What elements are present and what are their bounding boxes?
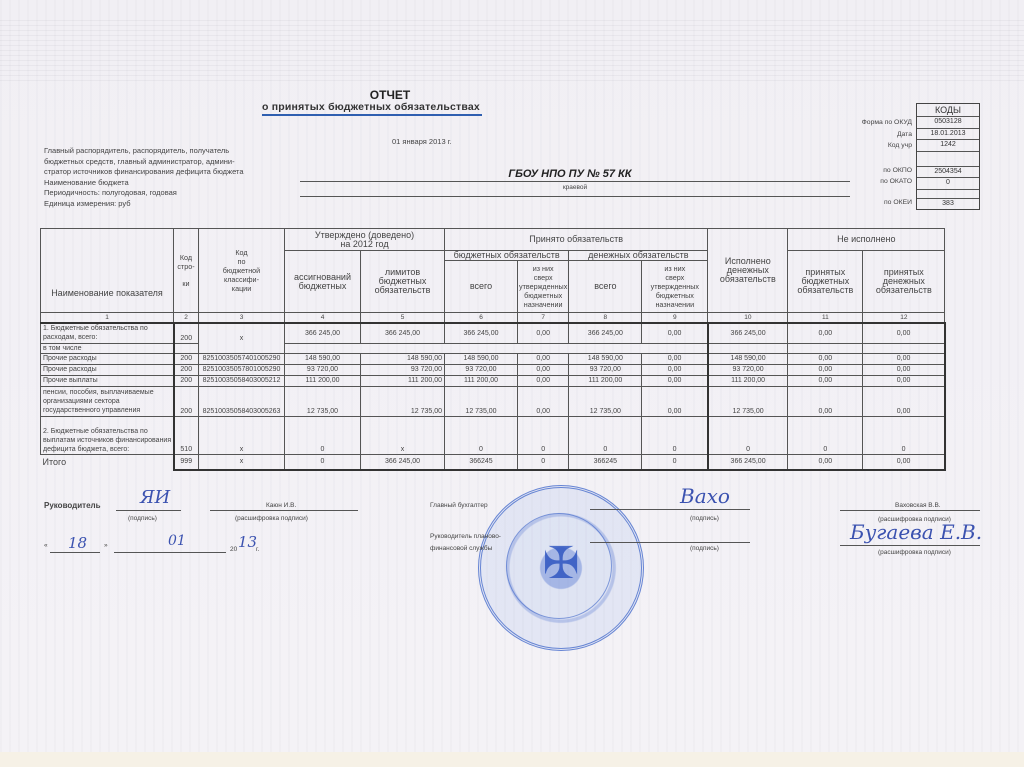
cell: 148 590,00 xyxy=(569,353,642,364)
desc-line: стратор источников финансирования дефици… xyxy=(44,167,304,178)
cell: 93 720,00 xyxy=(361,364,445,375)
cell: 148 590,00 xyxy=(285,353,361,364)
hdr-part: обязательств xyxy=(789,286,861,295)
cell: 0,00 xyxy=(863,454,945,470)
cell: 0 xyxy=(518,416,569,454)
head-name: Каюн И.В. xyxy=(266,502,296,509)
organization-name: ГБОУ НПО ПУ № 57 КК xyxy=(300,168,840,180)
code-gap xyxy=(830,152,912,165)
obligations-table: Наименование показателя Код стро- ки Код… xyxy=(40,228,946,471)
hdr-part: классифи- xyxy=(200,275,283,284)
row-kbk: 82510035057401005290 xyxy=(199,353,285,364)
cell: 111 200,00 xyxy=(445,375,518,386)
code-date: 18.01.2013 xyxy=(917,128,979,140)
code-okpo: 2504354 xyxy=(917,166,979,178)
hdr-part: из них xyxy=(643,264,706,273)
chief-accountant-sign-caption: (подпись) xyxy=(690,515,719,522)
table-row: Прочие расходы 200 82510035057401005290 … xyxy=(41,353,945,364)
cell: 0,00 xyxy=(863,375,945,386)
code-okud: 0503128 xyxy=(917,116,979,128)
cell: 0,00 xyxy=(642,353,708,364)
table-row: 1. Бюджетные обязательства по расходам, … xyxy=(41,323,945,343)
date-month: 01 xyxy=(168,533,186,549)
total-row: Итого 999 x 0 366 245,00 366245 0 366245… xyxy=(41,454,945,470)
code-label: Форма по ОКУД xyxy=(830,117,912,129)
cell: 0,00 xyxy=(788,386,863,416)
cell: 12 735,00 xyxy=(708,386,788,416)
fin-head-label-1: Руководитель планово- xyxy=(430,533,501,540)
hdr-part: Код xyxy=(175,253,197,262)
code-label: по ОКАТО xyxy=(830,176,912,188)
row-code: 510 xyxy=(174,416,199,454)
cell: 12 735,00 xyxy=(445,386,518,416)
report-description: Главный распорядитель, распорядитель, по… xyxy=(44,146,304,209)
code-okato: 0 xyxy=(917,177,979,189)
code-label: Код учр xyxy=(830,140,912,152)
cell: 111 200,00 xyxy=(361,375,445,386)
code-gap xyxy=(830,188,912,197)
cell: x xyxy=(361,416,445,454)
scan-noise xyxy=(0,20,1024,85)
code-okei: 383 xyxy=(917,198,979,210)
hdr-part: утвержденных xyxy=(643,282,706,291)
cell: 148 590,00 xyxy=(708,353,788,364)
row-kbk: x xyxy=(199,323,285,353)
budget-underline xyxy=(300,196,850,197)
chief-accountant-name: Ваховская В.В. xyxy=(895,502,941,509)
header-line-code: Код стро- ки xyxy=(174,229,199,313)
row-kbk: 82510035057801005290 xyxy=(199,364,285,375)
cell: 148 590,00 xyxy=(445,353,518,364)
hdr-part: стро- xyxy=(175,262,197,271)
col-num: 8 xyxy=(569,313,642,324)
head-decode-caption: (расшифровка подписи) xyxy=(235,515,308,522)
fin-head-label-2: финансовой службы xyxy=(430,545,492,552)
fin-head-name-line xyxy=(840,545,980,546)
row-code: 200 xyxy=(174,386,199,416)
table-row: 2. Бюджетные обязательства по выплатам и… xyxy=(41,416,945,454)
date-quote: » xyxy=(104,542,108,549)
row-name: пенсии, пособия, выплачиваемые организац… xyxy=(41,386,174,416)
cell: 12 735,00 xyxy=(361,386,445,416)
head-sign-caption: (подпись) xyxy=(128,515,157,522)
fin-head-decode-caption: (расшифровка подписи) xyxy=(878,549,951,556)
header-budget-over: из них сверх утвержденных бюджетных назн… xyxy=(518,261,569,313)
header-limits: лимитов бюджетных обязательств xyxy=(361,251,445,313)
row-name: Прочие расходы xyxy=(41,364,174,375)
hdr-part: ки xyxy=(175,279,197,288)
header-ne-budget: принятых бюджетных обязательств xyxy=(788,251,863,313)
report-title: ОТЧЕТ xyxy=(0,88,780,102)
cell xyxy=(285,343,708,353)
cell: 366245 xyxy=(569,454,642,470)
desc-line: Наименование бюджета xyxy=(44,178,304,189)
hdr-part: бюджетных xyxy=(519,291,567,300)
col-num: 5 xyxy=(361,313,445,324)
cell: 0,00 xyxy=(642,364,708,375)
cell: 0,00 xyxy=(788,353,863,364)
row-code: 200 xyxy=(174,323,199,343)
header-name: Наименование показателя xyxy=(41,229,174,313)
cell: 12 735,00 xyxy=(569,386,642,416)
row-code: 200 xyxy=(174,353,199,364)
code-institution: 1242 xyxy=(917,139,979,151)
chief-accountant-name-line xyxy=(840,510,980,511)
header-money-obligations: денежных обязательств xyxy=(569,251,708,261)
codes-header: КОДЫ xyxy=(917,104,979,116)
table-row: Прочие расходы 200 82510035057801005290 … xyxy=(41,364,945,375)
budget-level: краевой xyxy=(300,184,850,191)
cell: 0 xyxy=(285,416,361,454)
cell: 0,00 xyxy=(788,364,863,375)
cell: 366 245,00 xyxy=(361,323,445,343)
row-name: в том числе xyxy=(41,343,174,353)
cell xyxy=(788,343,863,353)
cell xyxy=(708,343,788,353)
cell: 0,00 xyxy=(518,323,569,343)
head-sign-line xyxy=(116,510,181,511)
row-name: 1. Бюджетные обязательства по расходам, … xyxy=(41,323,174,343)
row-name: Итого xyxy=(41,454,174,470)
hdr-part: по xyxy=(200,257,283,266)
cell: 366 245,00 xyxy=(708,454,788,470)
cell: 0,00 xyxy=(518,375,569,386)
head-name-line xyxy=(210,510,358,511)
page-edge xyxy=(0,752,1024,767)
code-label: Дата xyxy=(830,129,912,141)
cell: 366 245,00 xyxy=(445,323,518,343)
cell: 0,00 xyxy=(518,364,569,375)
date-month-line xyxy=(114,552,226,553)
table-row: в том числе xyxy=(41,343,945,353)
row-kbk: x xyxy=(199,416,285,454)
cell: 93 720,00 xyxy=(708,364,788,375)
cell: 111 200,00 xyxy=(708,375,788,386)
head-signature: ЯИ xyxy=(140,487,170,508)
report-subtitle: о принятых бюджетных обязательствах xyxy=(262,101,482,116)
hdr-part: бюджетных xyxy=(643,291,706,300)
chief-accountant-label: Главный бухгалтер xyxy=(430,502,488,509)
cell: 0 xyxy=(518,454,569,470)
cell: 0,00 xyxy=(518,353,569,364)
desc-line: Главный распорядитель, распорядитель, по… xyxy=(44,146,304,157)
hdr-part: кации xyxy=(200,284,283,293)
cell: 0,00 xyxy=(863,364,945,375)
cell xyxy=(863,343,945,353)
cell: 0,00 xyxy=(642,386,708,416)
desc-line: Периодичность: полугодовая, годовая xyxy=(44,188,304,199)
cell: 0 xyxy=(285,454,361,470)
chief-accountant-sign-line xyxy=(590,509,750,510)
date-quote: « xyxy=(44,542,48,549)
col-num: 4 xyxy=(285,313,361,324)
row-kbk: 82510035058403005212 xyxy=(199,375,285,386)
col-num: 12 xyxy=(863,313,945,324)
col-num: 2 xyxy=(174,313,199,324)
row-code: 200 xyxy=(174,375,199,386)
coat-of-arms-icon: ✠ xyxy=(533,533,589,595)
hdr-part: бюджетной xyxy=(200,266,283,275)
table-row: пенсии, пособия, выплачиваемые организац… xyxy=(41,386,945,416)
cell: 93 720,00 xyxy=(569,364,642,375)
row-name: Прочие расходы xyxy=(41,353,174,364)
cell: 0 xyxy=(642,416,708,454)
hdr-part: обязательств xyxy=(362,286,443,295)
hdr-part: Код xyxy=(200,248,283,257)
header-approved: Утверждено (доведено) на 2012 год xyxy=(285,229,445,251)
col-num: 9 xyxy=(642,313,708,324)
chief-accountant-signature: Вахо xyxy=(680,484,730,508)
cell: 93 720,00 xyxy=(285,364,361,375)
fin-head-sign-line xyxy=(590,542,750,543)
cell: 0,00 xyxy=(518,386,569,416)
codes-box: КОДЫ 0503128 18.01.2013 1242 2504354 0 3… xyxy=(916,103,980,210)
cell: 366 245,00 xyxy=(361,454,445,470)
org-underline xyxy=(300,181,850,182)
header-kbk: Код по бюджетной классифи- кации xyxy=(199,229,285,313)
header-budget-total: всего xyxy=(445,261,518,313)
code-label: по ОКПО xyxy=(830,165,912,177)
header-budget-obligations: бюджетных обязательств xyxy=(445,251,569,261)
hdr-part: сверх xyxy=(643,273,706,282)
desc-line: Единица измерения: руб xyxy=(44,199,304,210)
cell: 0,00 xyxy=(863,353,945,364)
cell: 0 xyxy=(445,416,518,454)
cell: 0 xyxy=(569,416,642,454)
cell: 0 xyxy=(863,416,945,454)
col-num: 3 xyxy=(199,313,285,324)
report-date: 01 января 2013 г. xyxy=(392,137,452,146)
hdr-part: назначении xyxy=(519,300,567,309)
header-accepted: Принято обязательств xyxy=(445,229,708,251)
cell: 366 245,00 xyxy=(708,323,788,343)
desc-line: бюджетных средств, главный администратор… xyxy=(44,157,304,168)
hdr-part: на 2012 год xyxy=(286,240,443,249)
date-year: 13 xyxy=(238,533,257,551)
row-kbk: x xyxy=(199,454,285,470)
cell: 0,00 xyxy=(642,375,708,386)
cell: 0,00 xyxy=(788,454,863,470)
header-not-executed: Не исполнено xyxy=(788,229,945,251)
col-num: 11 xyxy=(788,313,863,324)
col-num: 6 xyxy=(445,313,518,324)
hdr-part: из них xyxy=(519,264,567,273)
cell: 0,00 xyxy=(863,386,945,416)
cell: 0,00 xyxy=(788,323,863,343)
cell: 0,00 xyxy=(788,375,863,386)
hdr-part: обязательств xyxy=(864,286,943,295)
cell: 12 735,00 xyxy=(285,386,361,416)
header-ne-money: принятых денежных обязательств xyxy=(863,251,945,313)
head-label: Руководитель xyxy=(44,501,101,510)
cell: 366 245,00 xyxy=(569,323,642,343)
cell: 366245 xyxy=(445,454,518,470)
date-day-line xyxy=(50,552,100,553)
cell: 0 xyxy=(708,416,788,454)
hdr-part: сверх xyxy=(519,273,567,282)
hdr-part: бюджетных xyxy=(286,282,359,291)
cell: 0 xyxy=(788,416,863,454)
date-day: 18 xyxy=(68,534,87,552)
fin-head-sign-caption: (подпись) xyxy=(690,545,719,552)
header-money-over: из них сверх утвержденных бюджетных назн… xyxy=(642,261,708,313)
cell: 0 xyxy=(642,454,708,470)
cell xyxy=(174,343,199,353)
row-name: Прочие выплаты xyxy=(41,375,174,386)
col-num: 10 xyxy=(708,313,788,324)
hdr-part: назначении xyxy=(643,300,706,309)
cell: 93 720,00 xyxy=(445,364,518,375)
cell: 111 200,00 xyxy=(569,375,642,386)
row-code: 999 xyxy=(174,454,199,470)
header-executed: Исполнено денежных обязательств xyxy=(708,229,788,313)
col-num: 7 xyxy=(518,313,569,324)
codes-labels: Форма по ОКУД Дата Код учр по ОКПО по ОК… xyxy=(830,117,912,208)
header-money-total: всего xyxy=(569,261,642,313)
date-suffix: г. xyxy=(256,546,259,553)
hdr-part: утвержденных xyxy=(519,282,567,291)
row-name: 2. Бюджетные обязательства по выплатам и… xyxy=(41,416,174,454)
row-code: 200 xyxy=(174,364,199,375)
column-number-row: 1 2 3 4 5 6 7 8 9 10 11 12 xyxy=(41,313,945,324)
cell: 148 590,00 xyxy=(361,353,445,364)
code-blank xyxy=(917,189,979,198)
cell: 0,00 xyxy=(642,323,708,343)
header-assignments: ассигнований бюджетных xyxy=(285,251,361,313)
date-year-prefix: 20 xyxy=(230,546,237,553)
table-row: Прочие выплаты 200 82510035058403005212 … xyxy=(41,375,945,386)
cell: 366 245,00 xyxy=(285,323,361,343)
col-num: 1 xyxy=(41,313,174,324)
cell: 111 200,00 xyxy=(285,375,361,386)
code-blank xyxy=(917,151,979,166)
hdr-part: обязательств xyxy=(709,275,786,284)
row-kbk: 82510035058403005263 xyxy=(199,386,285,416)
fin-head-name-handwritten: Бугаева Е.В. xyxy=(850,520,982,544)
cell: 0,00 xyxy=(863,323,945,343)
code-label: по ОКЕИ xyxy=(830,197,912,209)
